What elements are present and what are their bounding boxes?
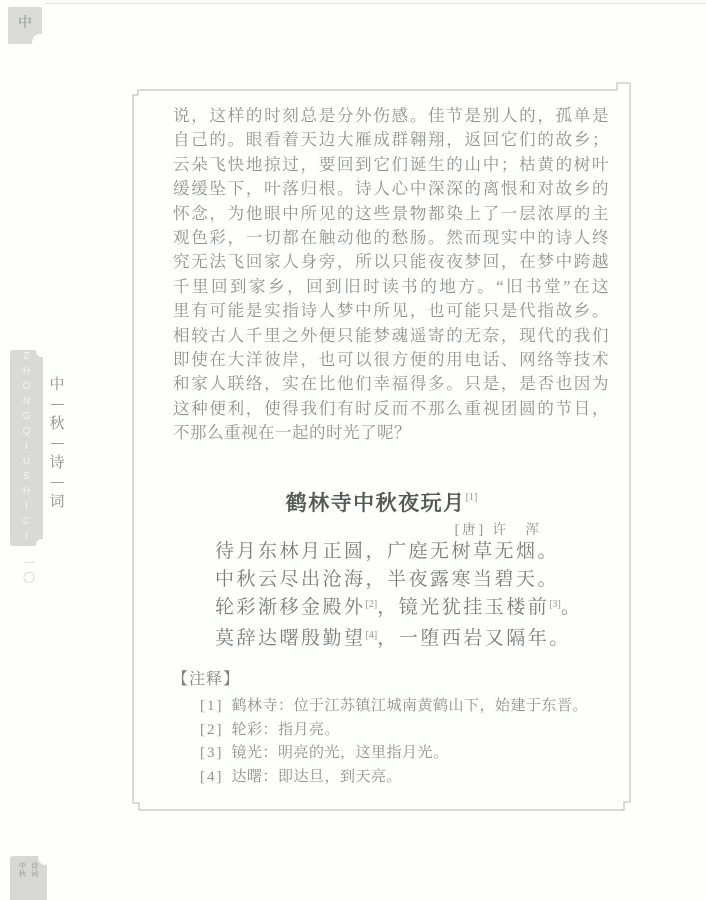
note-label: [2]	[200, 722, 224, 738]
paragraph-line: 里有可能是实指诗人梦中所见，也可能只是代指故乡。	[173, 299, 609, 323]
note-item: [2]轮彩：指月亮。	[200, 719, 615, 743]
note-item: [3]镜光：明亮的光，这里指月光。	[200, 742, 615, 766]
note-text: 镜光：明亮的光，这里指月光。	[232, 745, 449, 761]
note-text: 达曙：即达旦，到天亮。	[232, 769, 403, 785]
note-text: 轮彩：指月亮。	[232, 722, 341, 738]
poem-text: ，镜光犹挂玉楼前	[377, 597, 549, 618]
corner-tab: 中	[8, 7, 42, 44]
poem-text: 待月东林月正圆，广庭无树草无烟。	[215, 541, 559, 562]
note-item: [1]鹤林寺：位于江苏镇江城南黄鹤山下，始建于东晋。	[200, 695, 615, 719]
paragraph-line: 千里回到家乡，回到旧时读书的地方。“旧书堂”在这	[173, 275, 609, 299]
paragraph-line: 究无法飞回家人身旁，所以只能夜夜梦回，在梦中跨越	[173, 250, 609, 274]
poem-author: [唐] 许 浑	[215, 518, 542, 538]
paragraph-line: 缓缓坠下，叶落归根。诗人心中深深的离恨和对故乡的	[173, 177, 609, 201]
poem-line: 中秋云尽出沧海，半夜露寒当碧天。	[215, 566, 582, 594]
note-text: 鹤林寺：位于江苏镇江城南黄鹤山下，始建于东晋。	[232, 698, 589, 714]
notes-list: [1]鹤林寺：位于江苏镇江城南黄鹤山下，始建于东晋。[2]轮彩：指月亮。[3]镜…	[200, 695, 615, 789]
series-separator	[51, 482, 64, 483]
bookmark-tab: ZHONGQIUSHICI	[10, 350, 43, 546]
series-title-char: 秋	[49, 415, 64, 433]
bottom-tab: 中秋诗词	[10, 856, 47, 900]
poem-footnote-ref: [3]	[549, 599, 561, 610]
series-title-char: 诗	[49, 454, 64, 472]
page-number-char: 一	[23, 556, 35, 571]
paragraph: 说，这样的时刻总是分外伤感。佳节是别人的，孤单是自己的。眼看着天边大雁成群翱翔，…	[173, 104, 609, 446]
poem-text: ，一堕西岩又隔年。	[377, 628, 571, 649]
poem-lines: 待月东林月正圆，广庭无树草无烟。中秋云尽出沧海，半夜露寒当碧天。轮彩渐移金殿外[…	[215, 538, 582, 656]
paragraph-line: 相较古人千里之外便只能梦魂遥寄的无奈，现代的我们	[173, 324, 609, 348]
poem-footnote-ref: [4]	[366, 630, 378, 641]
page-number-char: 〇	[23, 571, 35, 586]
bottom-tab-text: 中秋	[18, 862, 28, 878]
book-page: 中 ZHONGQIUSHICI 中秋诗词 一〇 中秋诗词 说，这样的时刻总是分外…	[0, 0, 706, 900]
poem-text: 轮彩渐移金殿外	[215, 597, 366, 618]
poem-footnote-ref: [2]	[366, 599, 378, 610]
page-top-edge-line	[45, 3, 706, 4]
paragraph-line: 即使在大洋彼岸，也可以很方便的用电话、网络等技术	[173, 348, 609, 372]
paragraph-line: 这种便利，使得我们有时反而不那么重视团圆的节日，	[173, 397, 609, 421]
paragraph-line: 观色彩，一切都在触动他的愁肠。然而现实中的诗人终	[173, 226, 609, 250]
paragraph-line: 云朵飞快地掠过，要回到它们诞生的山中；枯黄的树叶	[173, 153, 609, 177]
paragraph-line: 自己的。眼看着天边大雁成群翱翔，返回它们的故乡；	[173, 128, 609, 152]
series-title-char: 中	[49, 376, 64, 394]
poem-line: 莫辞达曙殷勤望[4]，一堕西岩又隔年。	[215, 625, 582, 656]
bottom-tab-text: 诗词	[30, 862, 40, 878]
note-label: [3]	[200, 745, 224, 761]
poem-text: 中秋云尽出沧海，半夜露寒当碧天。	[215, 569, 559, 590]
page-number: 一〇	[19, 556, 39, 586]
series-separator	[51, 443, 64, 444]
series-title-char: 词	[49, 493, 64, 511]
notes-header: 【注释】	[172, 666, 240, 689]
paragraph-line: 不那么重视在一起的时光了呢？	[173, 421, 609, 445]
note-item: [4]达曙：即达旦，到天亮。	[200, 766, 615, 790]
paragraph-line: 说，这样的时刻总是分外伤感。佳节是别人的，孤单是	[173, 104, 609, 128]
poem-title-footnote-ref: [1]	[466, 492, 478, 503]
note-label: [1]	[200, 698, 224, 714]
bookmark-label: ZHONGQIUSHICI	[21, 351, 32, 546]
poem-text: 。	[561, 597, 583, 618]
poem-title: 鹤林寺中秋夜玩月[1]	[133, 487, 630, 517]
note-label: [4]	[200, 769, 224, 785]
poem-title-text: 鹤林寺中秋夜玩月	[286, 491, 466, 515]
corner-tab-char: 中	[8, 12, 42, 32]
paragraph-line: 和家人联络，实在比他们幸福得多。只是，是否也因为	[173, 372, 609, 396]
series-title: 中秋诗词	[47, 376, 67, 511]
poem-text: 莫辞达曙殷勤望	[215, 628, 366, 649]
poem-line: 轮彩渐移金殿外[2]，镜光犹挂玉楼前[3]。	[215, 594, 582, 625]
series-separator	[51, 404, 64, 405]
poem-line: 待月东林月正圆，广庭无树草无烟。	[215, 538, 582, 566]
paragraph-line: 怀念，为他眼中所见的这些景物都染上了一层浓厚的主	[173, 202, 609, 226]
